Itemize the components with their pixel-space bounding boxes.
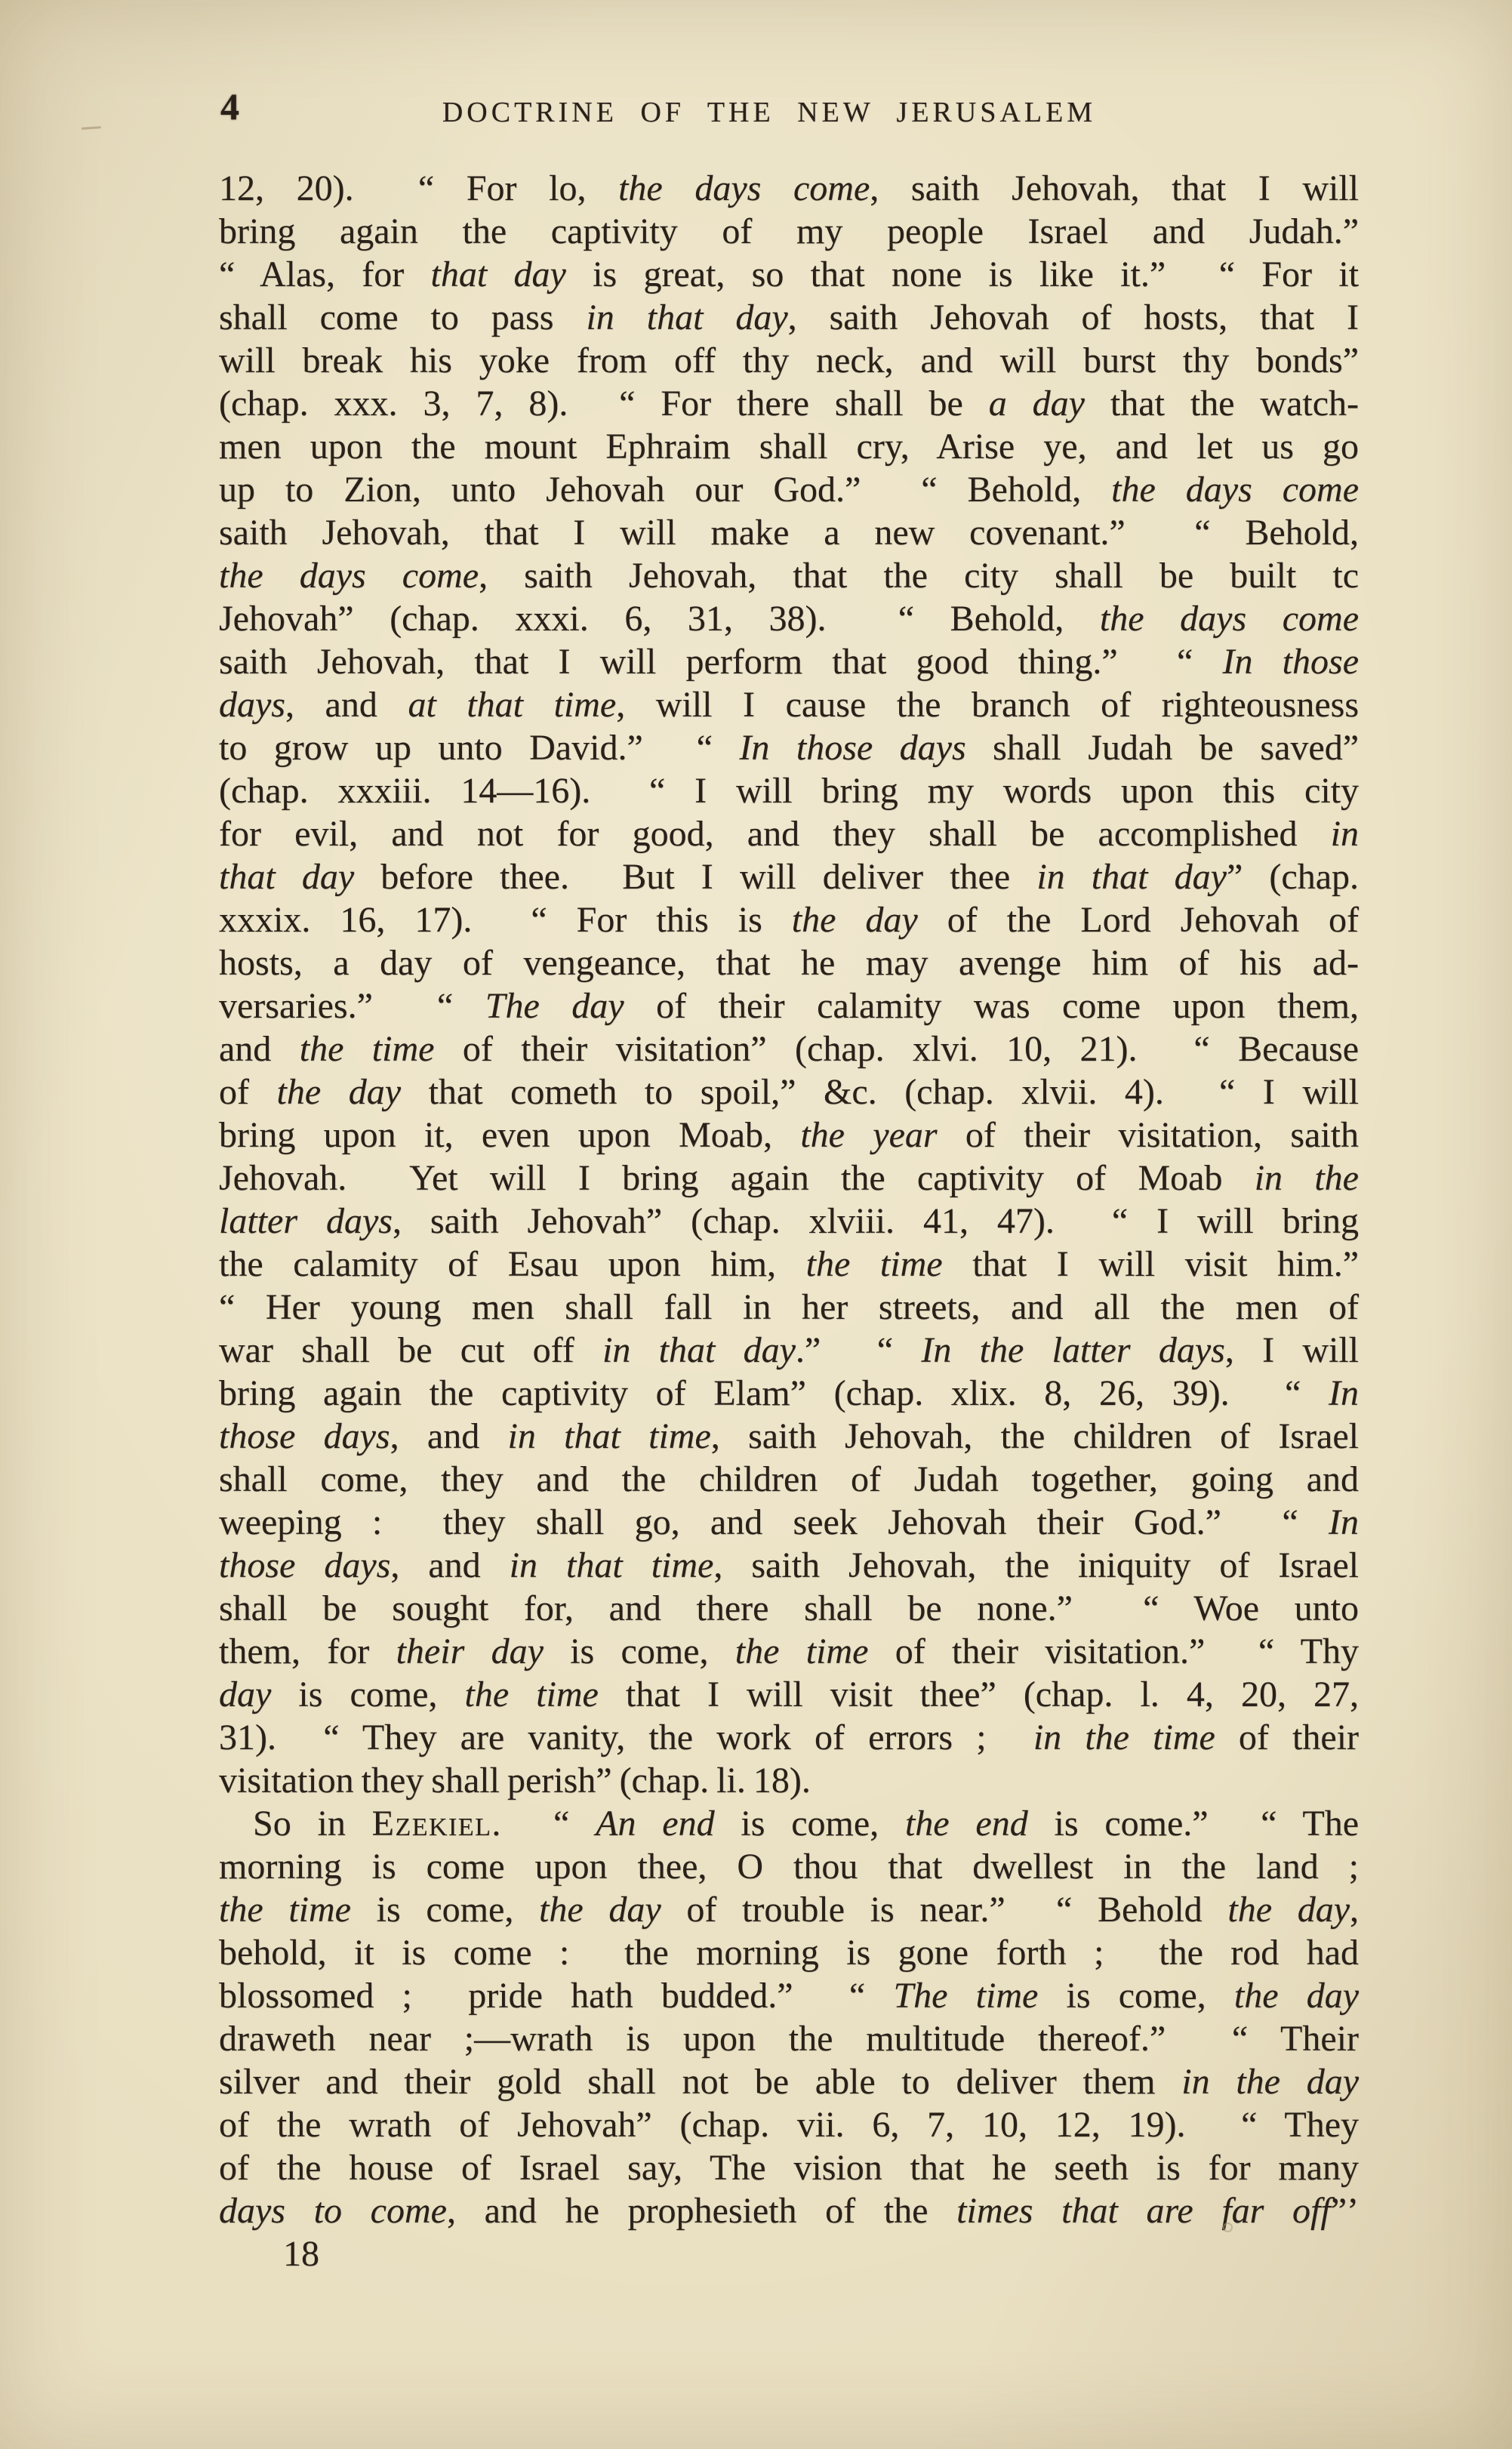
text-line: them, for their day is come, the time of… xyxy=(219,1630,1359,1673)
book-page: 4 DOCTRINE OF THE NEW JERUSALEM 12, 20).… xyxy=(0,0,1512,2449)
text-line: for evil, and not for good, and they sha… xyxy=(219,812,1359,855)
text-line: morning is come upon thee, O thou that d… xyxy=(219,1845,1359,1888)
text-line: shall be sought for, and there shall be … xyxy=(219,1587,1359,1630)
text-line: visitation they shall perish” (chap. li.… xyxy=(219,1759,1359,1802)
text-line: draweth near ;—wrath is upon the multitu… xyxy=(219,2017,1359,2060)
text-line: versaries.” “ The day of their calamity … xyxy=(219,984,1359,1027)
text-line: the time is come, the day of trouble is … xyxy=(219,1888,1359,1931)
text-line: those days, and in that time, saith Jeho… xyxy=(219,1415,1359,1458)
text-line: bring again the captivity of my people I… xyxy=(219,210,1359,253)
text-line: the calamity of Esau upon him, the time … xyxy=(219,1243,1359,1286)
text-line: silver and their gold shall not be able … xyxy=(219,2060,1359,2103)
text-line: that day before thee. But I will deliver… xyxy=(219,855,1359,898)
text-line: shall come to pass in that day, saith Je… xyxy=(219,296,1359,339)
text-line: blossomed ; pride hath budded.” “ The ti… xyxy=(219,1974,1359,2017)
text-line: saith Jehovah, that I will perform that … xyxy=(219,640,1359,683)
running-title: DOCTRINE OF THE NEW JERUSALEM xyxy=(219,96,1359,129)
text-line: to grow up unto David.” “ In those days … xyxy=(219,726,1359,769)
text-line: “ Her young men shall fall in her street… xyxy=(219,1286,1359,1329)
text-line: those days, and in that time, saith Jeho… xyxy=(219,1544,1359,1587)
text-line: saith Jehovah, that I will make a new co… xyxy=(219,511,1359,554)
text-line: behold, it is come : the morning is gone… xyxy=(219,1931,1359,1974)
text-line: bring upon it, even upon Moab, the year … xyxy=(219,1114,1359,1157)
text-line: latter days, saith Jehovah” (chap. xlvii… xyxy=(219,1200,1359,1243)
page-header: 4 DOCTRINE OF THE NEW JERUSALEM xyxy=(219,0,1359,151)
text-line: weeping : they shall go, and seek Jehova… xyxy=(219,1501,1359,1544)
text-line: up to Zion, unto Jehovah our God.” “ Beh… xyxy=(219,468,1359,511)
text-line: (chap. xxx. 3, 7, 8). “ For there shall … xyxy=(219,382,1359,425)
paper-scratch xyxy=(82,126,101,130)
text-line: Jehovah. Yet will I bring again the capt… xyxy=(219,1157,1359,1200)
text-line: of the house of Israel say, The vision t… xyxy=(219,2146,1359,2189)
signature-mark: 18 xyxy=(219,2232,1359,2275)
text-line: days to come, and he prophesieth of the … xyxy=(219,2189,1359,2232)
text-line: (chap. xxxiii. 14—16). “ I will bring my… xyxy=(219,769,1359,812)
page-body: 12, 20). “ For lo, the days come, saith … xyxy=(219,167,1359,2275)
text-line: shall come, they and the children of Jud… xyxy=(219,1458,1359,1501)
text-line: Jehovah” (chap. xxxi. 6, 31, 38). “ Beho… xyxy=(219,597,1359,640)
text-line: hosts, a day of vengeance, that he may a… xyxy=(219,941,1359,984)
text-line: 31). “ They are vanity, the work of erro… xyxy=(219,1716,1359,1759)
text-line: xxxix. 16, 17). “ For this is the day of… xyxy=(219,898,1359,941)
text-line: will break his yoke from off thy neck, a… xyxy=(219,339,1359,382)
text-line: days, and at that time, will I cause the… xyxy=(219,683,1359,726)
text-line: “ Alas, for that day is great, so that n… xyxy=(219,253,1359,296)
text-line: of the wrath of Jehovah” (chap. vii. 6, … xyxy=(219,2103,1359,2146)
text-line: So in Ezekiel. “ An end is come, the end… xyxy=(219,1802,1359,1845)
text-line: and the time of their visitation” (chap.… xyxy=(219,1027,1359,1070)
paper-speckle xyxy=(1223,2223,1233,2232)
text-line: bring again the captivity of Elam” (chap… xyxy=(219,1372,1359,1415)
text-line: 12, 20). “ For lo, the days come, saith … xyxy=(219,167,1359,210)
text-line: day is come, the time that I will visit … xyxy=(219,1673,1359,1716)
text-line: war shall be cut off in that day.” “ In … xyxy=(219,1329,1359,1372)
text-line: of the day that cometh to spoil,” &c. (c… xyxy=(219,1070,1359,1114)
text-line: men upon the mount Ephraim shall cry, Ar… xyxy=(219,425,1359,468)
text-line: the days come, saith Jehovah, that the c… xyxy=(219,554,1359,597)
